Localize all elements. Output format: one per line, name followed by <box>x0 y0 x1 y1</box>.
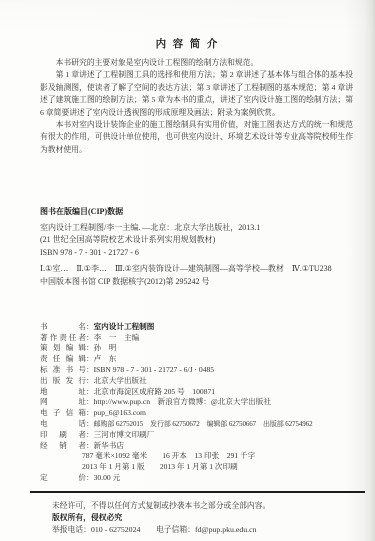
report-contact-line: 举报电话：010 - 62752024 电子信箱：fd@pup.pku.edu.… <box>52 524 355 536</box>
colophon-row-executive-editor: 责任编辑：卢 东 <box>40 354 365 365</box>
colophon-section: 书名：室内设计工程制图 著作责任者：李 一 主编 策划编辑：孙 明 责任编辑：卢… <box>0 289 375 484</box>
cip-series-line: (21 世纪全国高等院校艺术设计系列实用规划教材) <box>40 234 353 247</box>
colophon-row-distributor: 经销者：新华书店 <box>40 441 365 452</box>
label-colon: ： <box>86 322 94 331</box>
colophon-row-isbn: 标准书号：ISBN 978 - 7 - 301 - 21727 - 6/J · … <box>40 365 365 376</box>
label-colon: ： <box>86 397 94 406</box>
row-value: http://www.pup.cn 新浪官方微博：@北京大学出版社 <box>94 397 271 406</box>
label-colon: ： <box>86 441 94 450</box>
row-value: ISBN 978 - 7 - 301 - 21727 - 6/J · 0485 <box>94 365 214 374</box>
colophon-row-title: 书名：室内设计工程制图 <box>40 322 365 333</box>
copyright-notice-line: 未经许可，不得以任何方式复制或抄袭本书之部分或全部内容。 <box>52 500 355 512</box>
row-value: 室内设计工程制图 <box>94 322 155 331</box>
label-colon: ： <box>86 419 94 428</box>
cip-title-line: 室内设计工程制图/李一主编. —北京：北京大学出版社，2013.1 <box>40 222 353 235</box>
row-value: pup_6@163.com <box>94 408 146 417</box>
colophon-row-email: 电子信箱：pup_6@163.com <box>40 408 365 419</box>
intro-paragraph: 本书研究的主要对象是室内设计工程图的绘制方法和规范。 <box>40 57 353 69</box>
row-value: 新华书店 <box>94 441 124 450</box>
label-colon: ： <box>86 333 94 342</box>
row-label: 定价 <box>40 473 86 484</box>
cip-classification-line: Ⅰ.①室… Ⅱ.①李… Ⅲ.①室内装饰设计—建筑制图—高等学校—教材 Ⅳ.①TU… <box>40 263 353 276</box>
row-value: 邮购部 62752015 发行部 62750672 编辑部 62750667 出… <box>94 420 313 428</box>
label-colon: ： <box>86 473 94 482</box>
print-spec-line: 2013 年 1 月第 1 版 2013 年 1 月第 1 次印刷 <box>40 462 365 473</box>
row-label: 标准书号 <box>40 365 86 376</box>
cip-heading: 图书在版编目(CIP)数据 <box>40 206 353 219</box>
intro-title: 内 容 简 介 <box>40 36 335 51</box>
row-label: 印刷者 <box>40 430 86 441</box>
row-value: 李 一 主编 <box>94 333 140 342</box>
cip-isbn-line: ISBN 978 - 7 - 301 - 21727 - 6 <box>40 247 353 260</box>
label-colon: ： <box>86 365 94 374</box>
label-colon: ： <box>86 343 94 352</box>
row-label: 书名 <box>40 322 86 333</box>
colophon-row-phone: 电话：邮购部 62752015 发行部 62750672 编辑部 6275066… <box>40 419 365 430</box>
copyright-page: 内 容 简 介 本书研究的主要对象是室内设计工程图的绘制方法和规范。 第 1 章… <box>0 0 375 541</box>
intro-paragraph: 第 1 章讲述了工程制图工具的选择和使用方法；第 2 章讲述了基本体与组合体的基… <box>40 69 353 119</box>
row-value: 30.00 元 <box>94 473 121 482</box>
colophon-row-publisher: 出版发行：北京大学出版社 <box>40 376 365 387</box>
row-label: 电子信箱 <box>40 408 86 419</box>
colophon-row-author: 著作责任者：李 一 主编 <box>40 333 365 344</box>
row-value: 孙 明 <box>94 343 117 352</box>
label-colon: ： <box>86 430 94 439</box>
label-colon: ： <box>86 354 94 363</box>
row-label: 经销者 <box>40 441 86 452</box>
row-value: 三河市博文印刷厂 <box>94 430 155 439</box>
cip-section: 图书在版编目(CIP)数据 室内设计工程制图/李一主编. —北京：北京大学出版社… <box>0 156 375 289</box>
label-colon: ： <box>86 376 94 385</box>
intro-section: 内 容 简 介 本书研究的主要对象是室内设计工程图的绘制方法和规范。 第 1 章… <box>0 0 375 156</box>
notice-section: 未经许可，不得以任何方式复制或抄袭本书之部分或全部内容。 版权所有，侵权必究 举… <box>0 498 375 536</box>
row-label: 著作责任者 <box>40 333 86 344</box>
colophon-row-website: 网址：http://www.pup.cn 新浪官方微博：@北京大学出版社 <box>40 397 365 408</box>
row-value: 卢 东 <box>94 354 117 363</box>
row-value: 北京大学出版社 <box>94 376 147 385</box>
row-label: 责任编辑 <box>40 354 86 365</box>
row-label: 地址 <box>40 387 86 398</box>
rights-reserved-line: 版权所有，侵权必究 <box>52 512 355 524</box>
row-label: 网址 <box>40 397 86 408</box>
row-label: 出版发行 <box>40 376 86 387</box>
cip-record-line: 中国版本图书馆 CIP 数据核字(2012)第 295242 号 <box>40 276 353 289</box>
print-spec-line: 787 毫米×1092 毫米 16 开本 13 印张 291 千字 <box>40 451 365 462</box>
colophon-row-printer: 印刷者：三河市博文印刷厂 <box>40 430 365 441</box>
label-colon: ： <box>86 408 94 417</box>
colophon-row-planning-editor: 策划编辑：孙 明 <box>40 343 365 354</box>
colophon-row-address: 地址：北京市海淀区成府路 205 号 100871 <box>40 387 365 398</box>
row-value: 北京市海淀区成府路 205 号 100871 <box>94 387 216 396</box>
price-row: 定价：30.00 元 <box>40 473 365 484</box>
row-label: 电话 <box>40 419 86 430</box>
label-colon: ： <box>86 387 94 396</box>
divider-rule <box>30 491 365 493</box>
intro-paragraph: 本书对室内设计装饰企业的施工图绘制具有实用价值，对施工图表达方式的统一和规范有很… <box>40 119 353 156</box>
row-label: 策划编辑 <box>40 343 86 354</box>
